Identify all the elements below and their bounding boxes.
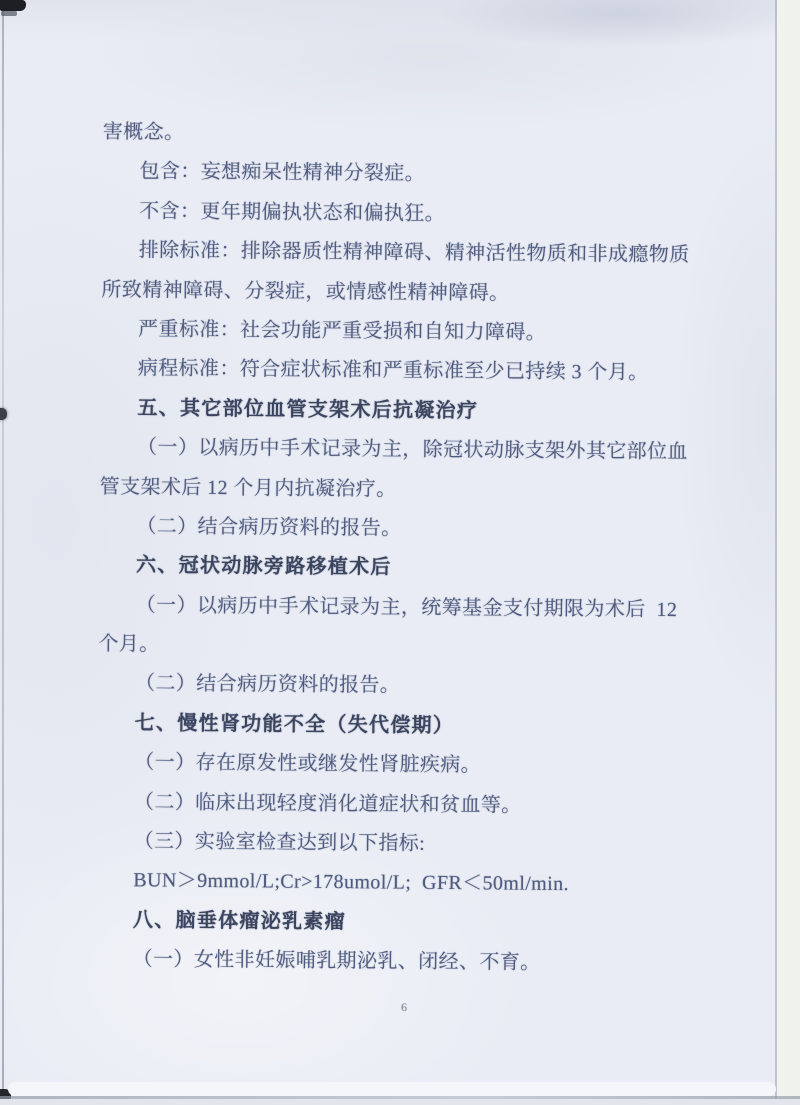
text-line: 严重标准：社会功能严重受损和自知力障碍。	[101, 310, 709, 355]
scanner-bed-bottom	[0, 1099, 800, 1105]
scanned-document-page: 害概念。包含：妄想痴呆性精神分裂症。不含：更年期偏执状态和偏执狂。排除标准：排除…	[0, 0, 800, 1105]
text-line: 害概念。	[103, 113, 711, 158]
text-line: 不含：更年期偏执状态和偏执狂。	[102, 192, 710, 237]
text-line: 病程标准：符合症状标准和严重标准至少已持续 3 个月。	[101, 349, 709, 394]
text-line: 排除标准：排除器质性精神障碍、精神活性物质和非成瘾物质	[102, 231, 710, 276]
text-line: （一）以病历中手术记录为主，除冠状动脉支架外其它部位血	[100, 428, 708, 473]
text-line: （二）结合病历资料的报告。	[99, 507, 707, 552]
text-line: 包含：妄想痴呆性精神分裂症。	[102, 152, 710, 197]
text-line: （一）以病历中手术记录为主，统筹基金支付期限为术后 12	[99, 586, 707, 631]
document-text-block: 害概念。包含：妄想痴呆性精神分裂症。不含：更年期偏执状态和偏执狂。排除标准：排除…	[95, 113, 711, 985]
text-line: （一）存在原发性或继发性肾脏疾病。	[97, 743, 705, 788]
scan-artifact-top-left	[0, 0, 26, 11]
scan-artifact-left-dot	[0, 408, 7, 420]
page-number: 6	[401, 1000, 407, 1015]
text-line: （二）临床出现轻度消化道症状和贫血等。	[97, 783, 705, 828]
text-line: 八、脑垂体瘤泌乳素瘤	[96, 901, 704, 946]
page-bottom-edge-highlight	[8, 1082, 776, 1096]
text-line: 六、冠状动脉旁路移植术后	[99, 546, 707, 591]
scan-artifact-top-left-2	[1, 11, 17, 16]
text-line: 个月。	[98, 625, 706, 670]
text-line: 管支架术后 12 个月内抗凝治疗。	[100, 468, 708, 513]
page-left-edge-shadow	[2, 0, 4, 1105]
scanner-bed-right	[777, 0, 800, 1105]
text-line: （三）实验室检查达到以下指标:	[96, 822, 704, 867]
text-line: （一）女性非妊娠哺乳期泌乳、闭经、不育。	[95, 940, 703, 985]
text-line: BUN＞9mmol/L;Cr>178umol/L; GFR＜50ml/min.	[96, 861, 704, 906]
text-line: （二）结合病历资料的报告。	[98, 664, 706, 709]
text-line: 七、慢性肾功能不全（失代偿期）	[98, 704, 706, 749]
text-line: 所致精神障碍、分裂症，或情感性精神障碍。	[101, 271, 709, 316]
text-line: 五、其它部位血管支架术后抗凝治疗	[100, 389, 708, 434]
